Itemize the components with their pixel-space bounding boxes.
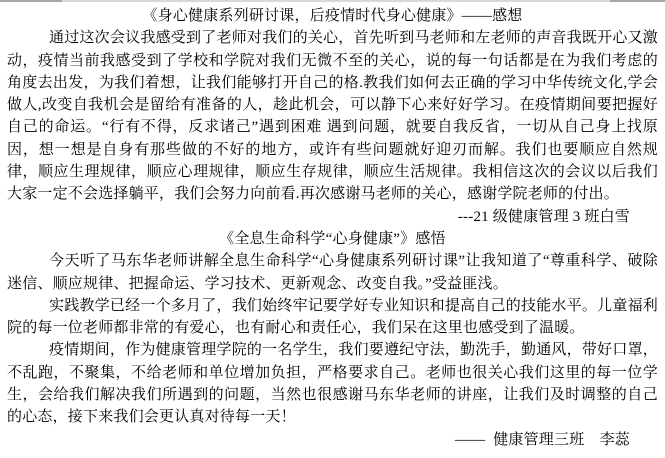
essay-2-paragraph-3: 疫情期间，作为健康管理学院的一名学生，我们要遵纪守法，勤洗手，勤通风，带好口罩，… (7, 339, 658, 428)
essay-2-paragraph-1: 今天听了马东华老师讲解全息生命科学“心身健康系列研讨课”让我知道了“尊重科学、破… (7, 250, 658, 295)
essay-2-signature: —— 健康管理三班 李蕊 (7, 429, 658, 451)
essay-1-title: 《身心健康系列研讨课，后疫情时代身心健康》——感想 (7, 5, 658, 27)
essay-1-signature: ---21 级健康管理 3 班白雪 (7, 206, 658, 228)
essay-1: 《身心健康系列研讨课，后疫情时代身心健康》——感想 通过这次会议我感受到了老师对… (7, 5, 658, 228)
essay-1-paragraph-1: 通过这次会议我感受到了老师对我们的关心，首先听到马老师和左老师的声音我既开心又激… (7, 27, 658, 205)
essay-2: 《全息生命科学“心身健康”》感悟 今天听了马东华老师讲解全息生命科学“心身健康系… (7, 228, 658, 451)
essay-2-paragraph-2: 实践教学已经一个多月了，我们始终牢记要学好专业知识和提高自己的技能水平。儿童福利… (7, 295, 658, 340)
essay-2-title: 《全息生命科学“心身健康”》感悟 (7, 228, 658, 250)
document-page: 《身心健康系列研讨课，后疫情时代身心健康》——感想 通过这次会议我感受到了老师对… (0, 2, 665, 451)
